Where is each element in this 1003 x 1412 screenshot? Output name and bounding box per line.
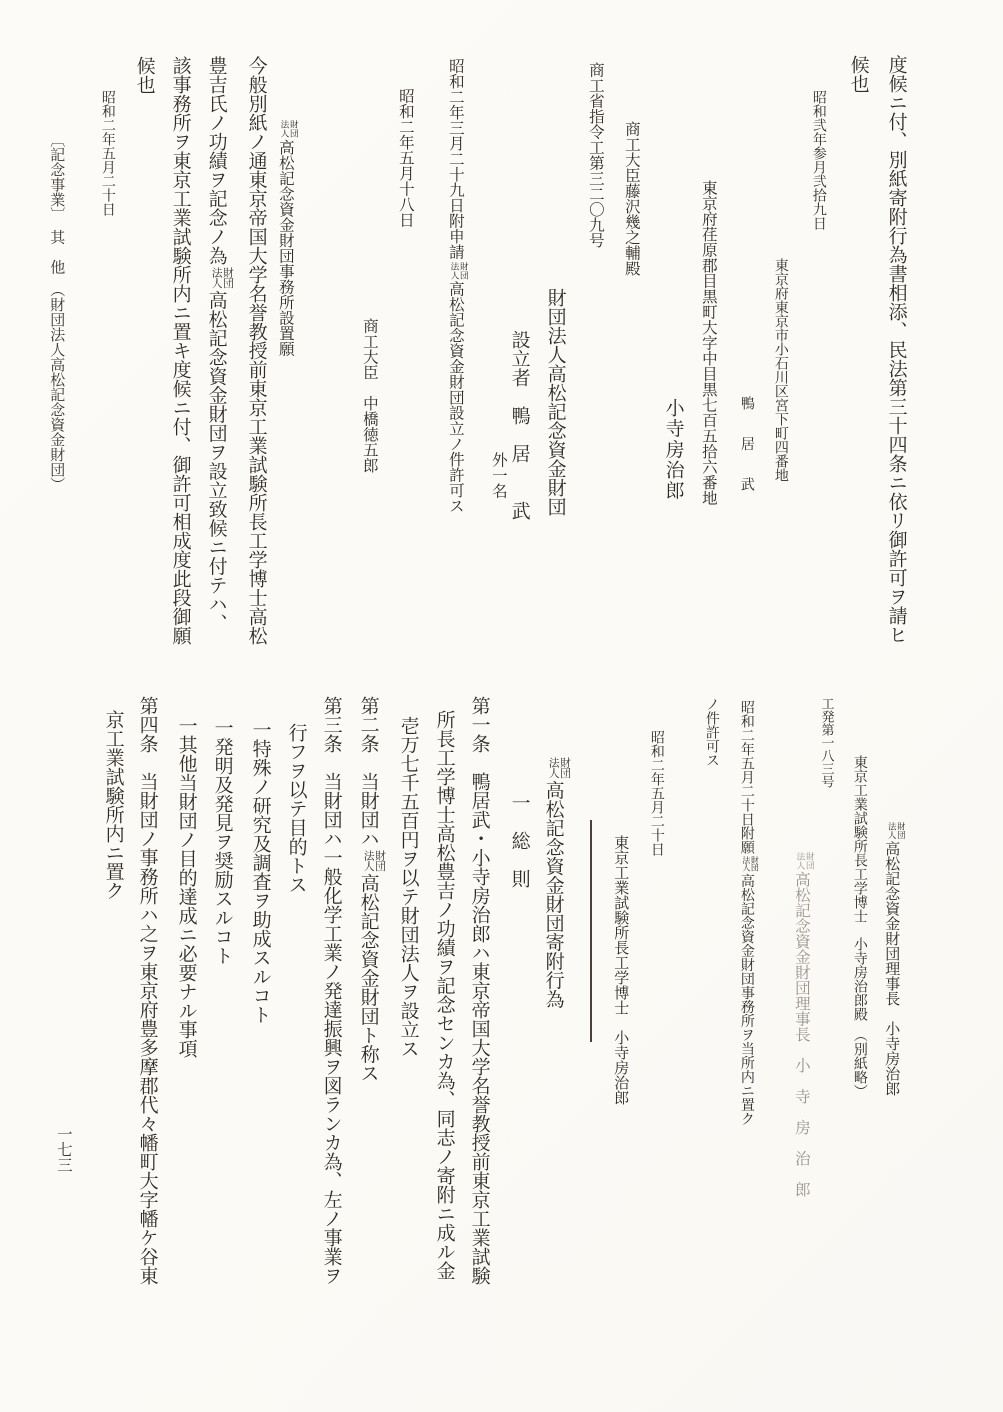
article-1-line-3: 壱万七千五百円ヲ以テ財団法人ヲ設立ス — [395, 716, 421, 1058]
name-kamoi-takeshi: 鴨 居 武 — [736, 396, 755, 498]
warigaki-zaidan-hojin: 財団法人 — [796, 852, 815, 869]
subject-pre: 昭和二年五月二十日附願 — [739, 700, 754, 854]
office-petition-body-3: 該事務所ヲ東京工業試験所内ニ置キ度候ニ付、御許可相成度此段御願 — [167, 56, 193, 645]
date-showa2-5-18: 昭和二年五月十八日 — [394, 88, 415, 228]
warigaki-zaidan-hojin: 財団法人 — [210, 267, 233, 288]
subject-post: 高松記念資金財団事務所ヲ当所内ニ置ク — [739, 874, 754, 1126]
article-3-item-3: 一其他当財団ノ目的達成ニ必要ナル事項 — [173, 716, 199, 1058]
outer-one-name: 外一名 — [487, 452, 508, 499]
founder-kamoi-line: 設立者 鴨 居 武 — [506, 330, 532, 520]
date-showa2-5-20-bottom: 昭和二年五月二十日 — [646, 730, 665, 856]
article-2-post: 高松記念資金財団ト称ス — [358, 873, 379, 1082]
sender-director-text: 高松記念資金財団理事長 小寺房治郎 — [883, 841, 899, 1096]
article-4-line-2: 京工業試験所内ニ置ク — [100, 710, 126, 900]
article-3-item-2: 一発明及発見ヲ奨励スルコト — [209, 718, 235, 965]
permit-addressee-text: 高松記念資金財団理事長 小 寺 房 治 郎 — [793, 871, 810, 1197]
warigaki-zaidan-hojin: 財団法人 — [547, 757, 570, 778]
warigaki-zaidan-hojin: 財団法人 — [280, 120, 299, 137]
article-4-line-1: 第四条 当財団ノ事務所ハ之ヲ東京府豊多摩郡代々幡町大字幡ケ谷東 — [134, 696, 160, 1285]
addressee-lab-director: 東京工業試験所長工学博士 小寺房治郎殿 （別紙略） — [849, 755, 868, 1098]
establishment-permit-line: 昭和二年三月二十九日附申請財団法人高松記念資金財団設立ノ件許可ス — [444, 58, 468, 513]
office-petition-soro-nari: 候也 — [131, 56, 157, 94]
section-divider-rule — [590, 820, 592, 1042]
office-petition-body-1: 今般別紙ノ通東京帝国大学名誉教授前東京工業試験所長工学博士高松 — [243, 56, 269, 645]
petition-body-closing: 度候ニ付、別紙寄附行為書相添、民法第三十四条ニ依リ御許可ヲ請ヒ — [883, 55, 909, 644]
address-kodera: 東京府荏原郡目黒町大字中目黒七百五拾六番地 — [697, 180, 718, 506]
warigaki-zaidan-hojin: 財団法人 — [887, 822, 905, 839]
scanned-book-page: 度候ニ付、別紙寄附行為書相添、民法第三十四条ニ依リ御許可ヲ請ヒ 候也 昭和弐年参… — [0, 0, 1003, 1412]
addressee-minister-fujisawa: 商工大臣藤沢幾之輔殿 — [620, 121, 641, 276]
petition-soro-nari: 候也 — [845, 55, 871, 93]
permit-addressee-director: 財団法人高松記念資金財団理事長 小 寺 房 治 郎 — [790, 850, 814, 1197]
endowment-act-title-text: 高松記念資金財団寄附行為 — [543, 780, 564, 1008]
office-petition-title-text: 高松記念資金財団事務所設置願 — [277, 139, 294, 356]
permit-grant-text: 高松記念資金財団設立ノ件許可ス — [447, 281, 464, 514]
office-permit-grant-line: ノ件許可ス — [701, 697, 720, 767]
office-petition-title: 財団法人高松記念資金財団事務所設置願 — [274, 118, 298, 356]
date-showa2-3-29: 昭和弐年参月弐拾九日 — [808, 90, 827, 230]
directive-number-3209: 商工省指令工第三二〇九号 — [584, 62, 605, 248]
date-showa2-5-20-top: 昭和二年五月二十日 — [97, 90, 116, 216]
name-kodera-fujiro: 小寺房治郎 — [660, 398, 686, 501]
article-3-line-2: 行フヲ以テ目的トス — [283, 723, 309, 894]
minister-nakahashi-sign: 商工大臣 中橋徳五郎 — [358, 318, 379, 473]
article-3-line-1: 第三条 当財団ハ一般化学工業ノ発達振興ヲ図ランカ為、左ノ事業ヲ — [318, 696, 344, 1285]
foundation-full-name: 財団法人高松記念資金財団 — [542, 288, 568, 516]
body-2-pre: 豊吉氏ノ功績ヲ記念ノ為 — [206, 56, 227, 265]
body-2-post: 高松記念資金財団ヲ設立致候ニ付テハ、 — [206, 290, 227, 632]
office-permit-subject-line: 昭和二年五月二十日附願財団法人高松記念資金財団事務所ヲ当所内ニ置ク — [736, 700, 758, 1126]
article-3-item-1: 一特殊ノ研究及調査ヲ助成スルコト — [247, 720, 273, 1024]
document-number-kohatsu-183: 工発第一八三号 — [818, 697, 836, 788]
page-number: 一七三 — [52, 1126, 73, 1173]
sender-foundation-director: 財団法人高松記念資金財団理事長 小寺房治郎 — [881, 820, 905, 1096]
warigaki-zaidan-hojin: 財団法人 — [362, 850, 385, 871]
permit-date-text: 昭和二年三月二十九日附申請 — [447, 58, 464, 260]
article-1-line-2: 所長工学博士高松豊吉ノ功績ヲ記念センカ為、同志ノ寄附ニ成ル金 — [431, 710, 457, 1280]
warigaki-zaidan-hojin: 財団法人 — [741, 856, 758, 872]
lab-director-signature: 東京工業試験所長工学博士 小寺房治郎 — [610, 835, 630, 1105]
endowment-act-title: 財団法人高松記念資金財団寄附行為 — [540, 755, 570, 1008]
office-petition-body-2: 豊吉氏ノ功績ヲ記念ノ為財団法人高松記念資金財団ヲ設立致候ニ付テハ、 — [203, 56, 233, 632]
warigaki-zaidan-hojin: 財団法人 — [450, 262, 469, 279]
margin-running-head: 〔記念事業〕 其 他 （財団法人高松記念資金財団） — [46, 132, 66, 492]
article-2-pre: 第二条 当財団ハ — [358, 696, 379, 848]
article-2-line: 第二条 当財団ハ財団法人高松記念資金財団ト称ス — [355, 696, 385, 1082]
article-1-line-1: 第一条 鴨居武・小寺房治郎ハ東京帝国大学名誉教授前東京工業試験 — [466, 696, 492, 1285]
chapter-general-provisions: 一 総 則 — [506, 793, 532, 888]
address-kamoi: 東京府東京市小石川区宮下町四番地 — [770, 258, 789, 482]
